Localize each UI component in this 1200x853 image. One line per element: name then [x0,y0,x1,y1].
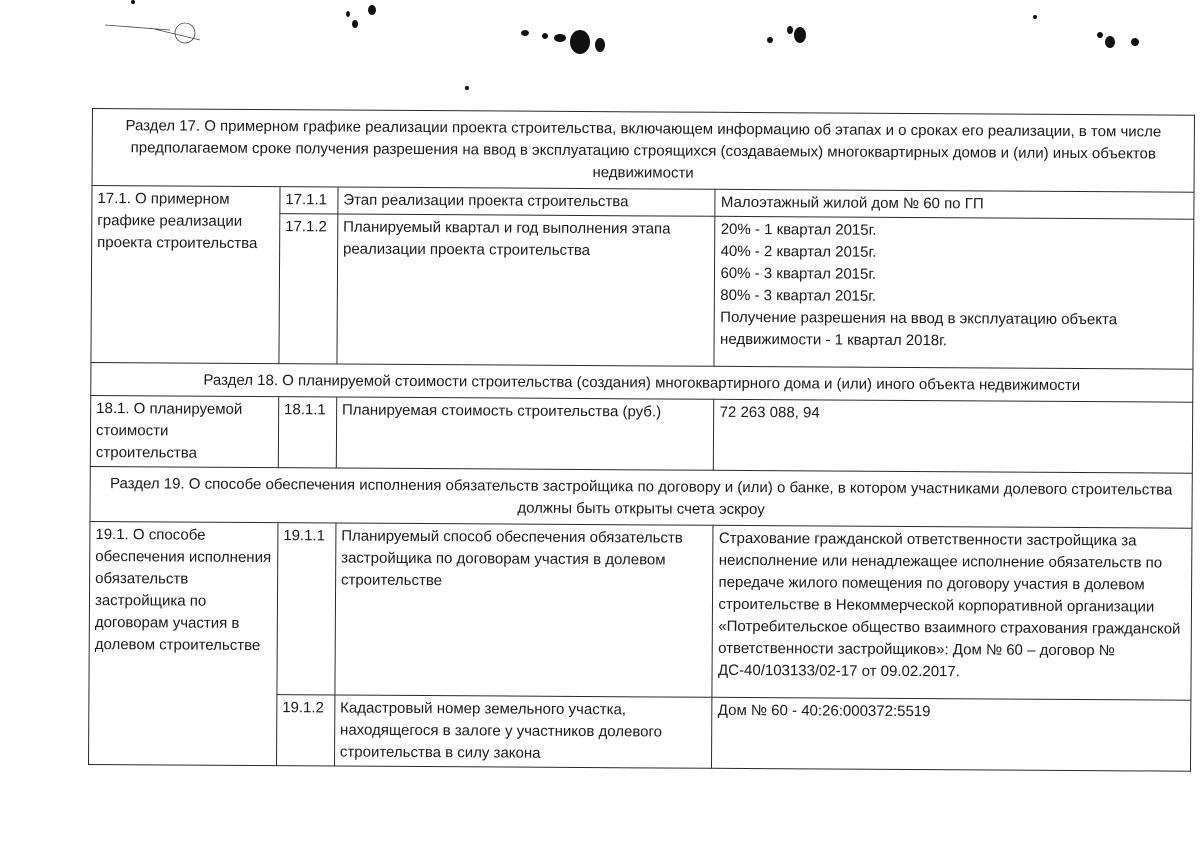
section-19-title: Раздел 19. О способе обеспечения исполне… [90,466,1192,528]
group-19-1-label: 19.1. О способе обеспечения исполнения о… [88,521,277,765]
scan-smudges [0,0,1200,110]
schedule-line: 20% - 1 квартал 2015г. [721,219,1189,244]
schedule-line: Получение разрешения на ввод в эксплуата… [720,307,1188,354]
group-17-1-label: 17.1. О примерном графике реализации про… [91,186,280,364]
schedule-line: 60% - 3 квартал 2015г. [720,263,1188,288]
section-17-header-row: Раздел 17. О примерном графике реализаци… [92,109,1194,193]
row-value: Дом № 60 - 40:26:000372:5519 [712,697,1191,771]
row-value-schedule: 20% - 1 квартал 2015г. 40% - 2 квартал 2… [714,216,1193,369]
row-code: 18.1.1 [278,397,336,468]
row-label: Кадастровый номер земельного участка, на… [334,695,712,768]
table-row: 18.1. О планируемой стоимости строительс… [90,395,1192,473]
table-row: 17.1. О примерном графике реализации про… [92,186,1194,220]
section-19-header-row: Раздел 19. О способе обеспечения исполне… [90,466,1192,528]
row-code: 17.1.1 [280,187,338,214]
row-value: Малоэтажный жилой дом № 60 по ГП [715,189,1194,219]
section-17-title: Раздел 17. О примерном графике реализаци… [92,109,1194,193]
row-label: Этап реализации проекта строительства [338,187,716,216]
row-label: Планируемый способ обеспечения обязатель… [335,523,714,697]
table-row: 19.1. О способе обеспечения исполнения о… [89,521,1192,700]
row-code: 19.1.2 [276,695,334,766]
row-label: Планируемый квартал и год выполнения эта… [337,214,716,366]
schedule-line: 40% - 2 квартал 2015г. [721,241,1189,266]
schedule-line: 80% - 3 квартал 2015г. [720,285,1188,310]
row-code: 17.1.2 [279,214,338,364]
row-code: 19.1.1 [277,523,336,695]
row-label: Планируемая стоимость строительства (руб… [336,397,714,470]
document-table: Раздел 17. О примерном графике реализаци… [88,108,1195,772]
group-18-1-label: 18.1. О планируемой стоимости строительс… [90,395,278,467]
row-value: Страхование гражданской ответственности … [712,525,1192,700]
row-value: 72 263 088, 94 [714,399,1193,473]
